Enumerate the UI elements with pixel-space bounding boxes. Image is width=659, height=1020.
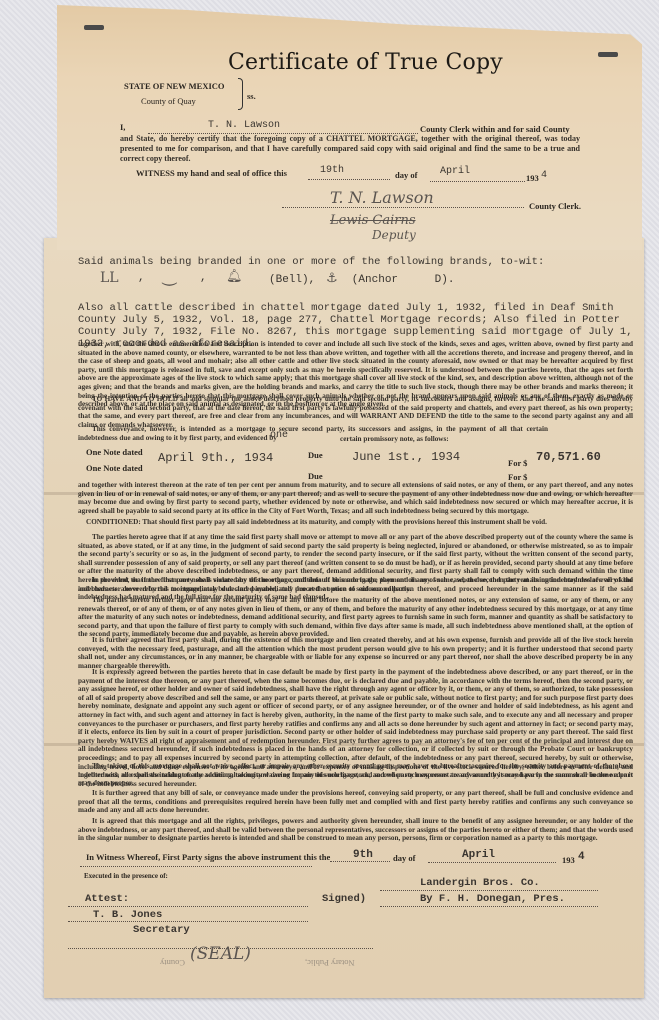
deputy-signature: Lewis Cairns bbox=[330, 213, 416, 228]
witness-day: 19th bbox=[320, 165, 344, 176]
secretary-line bbox=[68, 921, 308, 922]
para-feed: It is further agreed that first party sh… bbox=[78, 636, 633, 670]
note-1-amount: 70,571.60 bbox=[536, 450, 601, 464]
conditioned-text: That should first party pay all said ind… bbox=[142, 518, 546, 526]
day-of-label: day of bbox=[395, 170, 417, 180]
company-name: Landergin Bros. Co. bbox=[420, 877, 540, 889]
note-1-for-label: For $ bbox=[508, 458, 527, 468]
clerk-name: T. N. Lawson bbox=[208, 120, 280, 131]
signer-line bbox=[380, 906, 598, 907]
clerk-suffix: County Clerk within and for said County bbox=[420, 124, 570, 134]
sign-year-suffix: 4 bbox=[578, 851, 585, 863]
signature-title: County Clerk. bbox=[529, 201, 581, 211]
company-signer: By F. H. Donegan, Pres. bbox=[420, 893, 565, 905]
clerk-signature: T. N. Lawson bbox=[330, 188, 434, 207]
note-1-due-label: Due bbox=[308, 450, 323, 460]
para-conditioned: CONDITIONED: That should first party pay… bbox=[78, 518, 633, 527]
brand-separator: , bbox=[200, 272, 207, 284]
brand-bar: ⏝ bbox=[162, 266, 177, 286]
county-label-reversed: County bbox=[160, 958, 185, 968]
signed-label: Signed) bbox=[322, 893, 366, 905]
notary-label: Notary Public, bbox=[305, 958, 355, 968]
conditioned-label: CONDITIONED: bbox=[86, 518, 141, 526]
para-taking: The taking of this mortgage shall not wa… bbox=[78, 762, 633, 788]
secretary-title: Secretary bbox=[133, 924, 190, 936]
month-line bbox=[430, 181, 525, 182]
year-suffix: 4 bbox=[541, 170, 547, 181]
sign-day-line bbox=[330, 861, 390, 862]
deputy-title: Deputy bbox=[372, 228, 416, 242]
secretary-name: T. B. Jones bbox=[93, 909, 162, 921]
witness-whereof: In Witness Whereof, First Party signs th… bbox=[86, 852, 330, 862]
bell-brand-icon: 🔔︎ bbox=[226, 269, 243, 284]
para-bill: It is further agreed that any bill of sa… bbox=[78, 789, 633, 815]
attest-line bbox=[68, 906, 308, 907]
county-label: County of Quay bbox=[141, 96, 196, 106]
sign-month: April bbox=[462, 849, 495, 861]
seal-mark: (SEAL) bbox=[190, 944, 251, 964]
staple bbox=[598, 52, 618, 57]
state-label: STATE OF NEW MEXICO bbox=[124, 81, 225, 91]
sign-day-of: day of bbox=[393, 853, 415, 863]
para-further: The parties hereto further agree that th… bbox=[78, 596, 633, 639]
executed-line bbox=[80, 866, 312, 867]
staple bbox=[84, 25, 104, 30]
note-1-date: April 9th., 1934 bbox=[158, 451, 273, 465]
para-event: In the event that more than one note is … bbox=[78, 576, 633, 593]
note-2-label: One Note dated bbox=[86, 463, 143, 473]
brand-ll: LL bbox=[100, 270, 119, 286]
executed-label: Executed in the presence of: bbox=[84, 872, 168, 880]
note-count: one bbox=[270, 430, 288, 441]
para-interest: and together with interest thereon at th… bbox=[78, 481, 633, 515]
note-1-due: June 1st., 1934 bbox=[352, 450, 460, 464]
witness-label: WITNESS my hand and seal of office this bbox=[136, 168, 287, 178]
venue-brace bbox=[238, 78, 243, 110]
year-prefix: 193 bbox=[526, 173, 539, 183]
brand-names: (Bell), (Anchor D). bbox=[269, 274, 569, 286]
day-line bbox=[308, 179, 390, 180]
certificate-title: Certificate of True Copy bbox=[228, 50, 503, 75]
sign-year-prefix: 193 bbox=[562, 855, 575, 865]
signature-line bbox=[282, 207, 524, 208]
brand-separator: , bbox=[138, 272, 145, 284]
note-2-due-label: Due bbox=[308, 471, 323, 481]
para-rights: It is agreed that this mortgage and all … bbox=[78, 817, 633, 843]
sign-day: 9th bbox=[353, 849, 373, 861]
certify-text: and State, do hereby certify that the fo… bbox=[120, 134, 580, 164]
note-1-label: One Note dated bbox=[86, 447, 143, 457]
attest-label: Attest: bbox=[85, 893, 129, 905]
sign-month-line bbox=[428, 862, 556, 863]
ss-label: ss. bbox=[247, 91, 256, 101]
company-line bbox=[380, 890, 598, 891]
para-conveyance-end: certain promissory note, as follows: bbox=[340, 435, 540, 444]
witness-month: April bbox=[440, 166, 470, 177]
clerk-prefix: I, bbox=[120, 122, 125, 132]
